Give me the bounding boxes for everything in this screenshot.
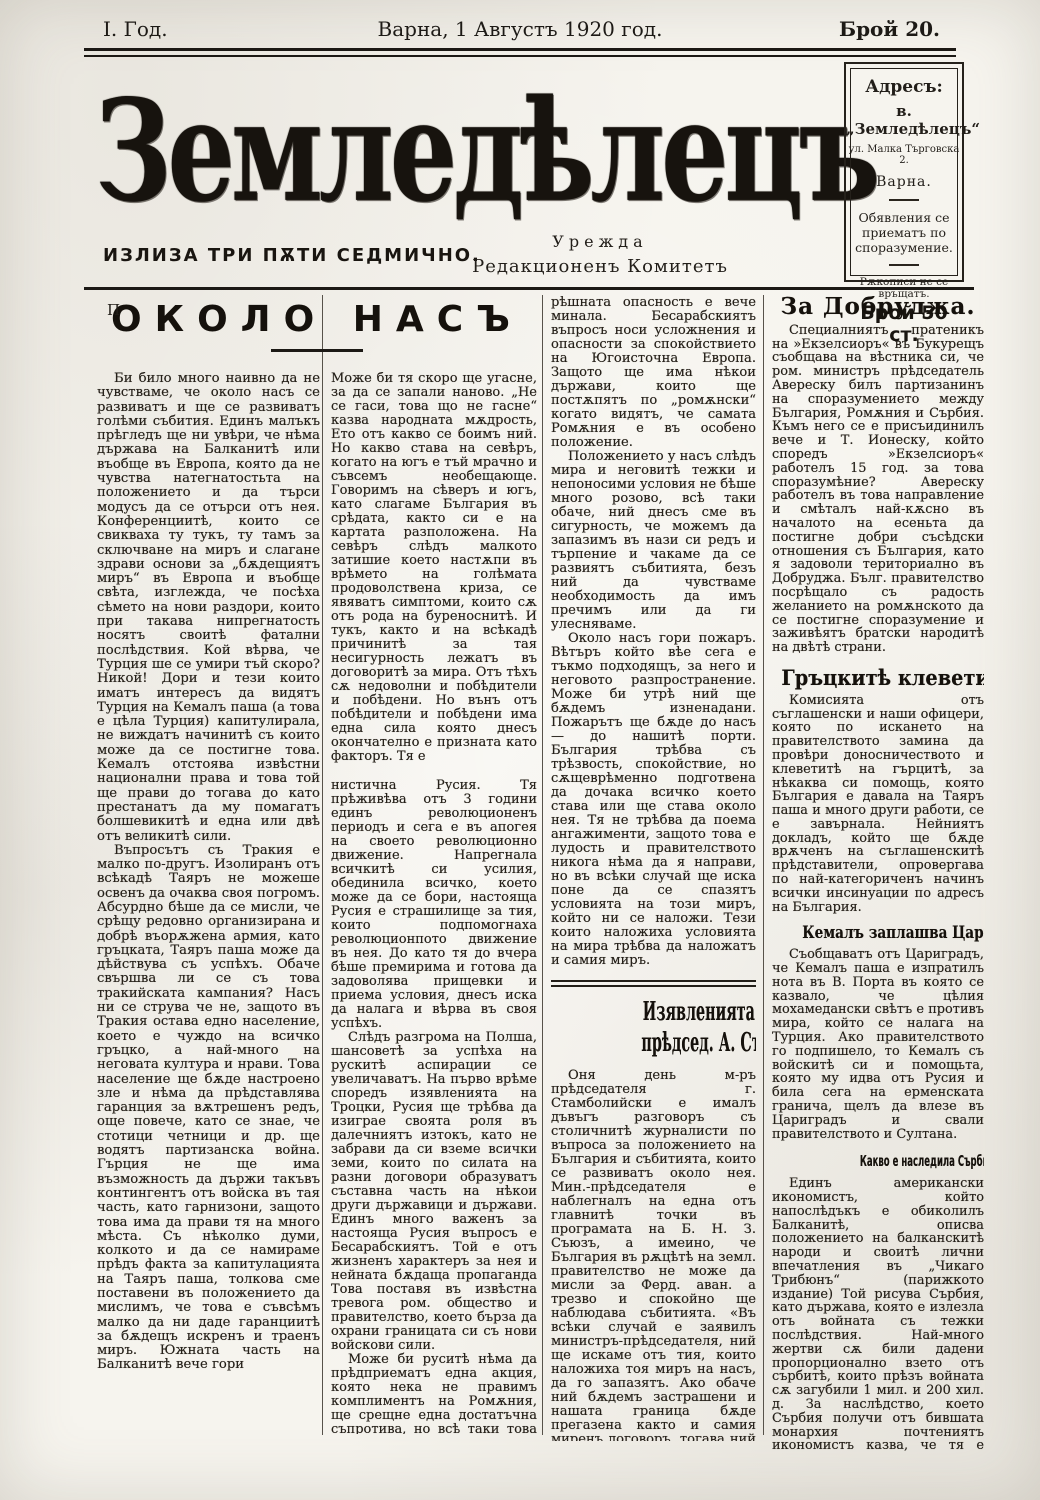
address-box-ads-note: Обявления се приематъ по споразумение. bbox=[854, 210, 954, 255]
column-3: рѣшната опасность е вече минала. Бесараб… bbox=[551, 296, 756, 1441]
gracki-kleveti-paragraph-1: Комисията отъ съглашенски и наши офицери… bbox=[772, 694, 984, 915]
column-rule-1 bbox=[322, 295, 323, 1435]
column-rule-2 bbox=[542, 295, 543, 1435]
okolo-nas-headline-block: П ОКОЛО НАСЪ bbox=[97, 299, 537, 352]
okolo-nas-col3-paragraph-1: рѣшната опасность е вече минала. Бесараб… bbox=[551, 296, 756, 450]
okolo-nas-kicker: П bbox=[107, 301, 120, 319]
gracki-kleveti-headline: Гръцкитѣ клевети. bbox=[772, 671, 984, 685]
stambolijski-headline-line2: прѣдсед. А. Стамболийски bbox=[641, 1028, 756, 1059]
kemal-headline-text: Кемалъ заплашва Цариградъ. bbox=[802, 927, 984, 941]
kemal-paragraph-1: Съобщаватъ отъ Цариградъ, че Кемалъ паша… bbox=[772, 948, 984, 1141]
column-4: За Добруджа. Специалниятъ пратеникъ на »… bbox=[772, 296, 984, 1451]
address-box: Адресъ: в. „Земледѣлецъ“ ул. Малка Търго… bbox=[844, 62, 964, 282]
edited-by-line1: Урежда bbox=[420, 232, 780, 251]
okolo-nas-col3-paragraph-3: Около насъ гори пожаръ. Вѣтъръ който вѣе… bbox=[551, 632, 756, 968]
okolo-nas-col2-paragraph-3: Слѣдъ разгрома на Полша, шансоветѣ за ус… bbox=[331, 1031, 537, 1353]
okolo-nas-headline-rule bbox=[271, 349, 363, 352]
address-box-paper-name: в. „Земледѣлецъ“ bbox=[846, 102, 962, 138]
stambolijski-headline-line1: Изявленията на министръ bbox=[643, 997, 756, 1028]
kemal-headline: Кемалъ заплашва Цариградъ. bbox=[772, 927, 984, 941]
column-rule-3 bbox=[763, 295, 764, 1435]
stambolijski-paragraph-1: Оня день м-ръ прѣдседателя г. Стамболийс… bbox=[551, 1069, 756, 1441]
edited-by-line2: Редакционенъ Комитетъ bbox=[420, 256, 780, 277]
column-1: Би било много наивно да не чувстваме, че… bbox=[97, 372, 320, 1434]
okolo-nas-headline: ОКОЛО НАСЪ bbox=[97, 299, 537, 340]
okolo-nas-col2-paragraph-1: Може би тя скоро ще угасне, за да се зап… bbox=[331, 372, 537, 764]
okolo-nas-col1-paragraph-1: Би било много наивно да не чувстваме, че… bbox=[97, 372, 320, 844]
address-box-city: Варна. bbox=[846, 174, 962, 190]
serbia-headline: Какво е наследила Сърбия отъ Югославия. bbox=[772, 1155, 984, 1169]
dobrudzha-paragraph-1: Специалниятъ пратеникъ на »Екзелсиоръ« в… bbox=[772, 324, 984, 655]
masthead-title: Земледѣлецъ bbox=[95, 58, 840, 254]
okolo-nas-col2-paragraph-2: нистична Русия. Тя прѣживѣва отъ 3 годин… bbox=[331, 779, 537, 1031]
masthead-bottom-rule bbox=[84, 287, 974, 290]
stambolijski-headline: Изявленията на министръ прѣдсед. А. Стам… bbox=[551, 997, 756, 1059]
article-divider bbox=[551, 980, 756, 987]
column-2: Може би тя скоро ще угасне, за да се зап… bbox=[331, 372, 537, 1434]
address-box-title: Адресъ: bbox=[846, 77, 962, 97]
edited-by-block: Урежда Редакционенъ Комитетъ bbox=[420, 232, 780, 277]
newspaper-page: I. Год. Варна, 1 Августъ 1920 год. Брой … bbox=[0, 0, 1040, 1500]
okolo-nas-col3-paragraph-2: Положението у насъ слѣдъ мира и неговитѣ… bbox=[551, 450, 756, 632]
okolo-nas-col1-paragraph-2: Въпросътъ съ Тракия е малко по-другъ. Из… bbox=[97, 844, 320, 1373]
address-box-street: ул. Малка Търговска 2. bbox=[846, 144, 962, 166]
okolo-nas-col2-paragraph-4: Може би руситѣ нѣма да прѣдприематъ една… bbox=[331, 1353, 537, 1434]
serbia-headline-text: Какво е наследила Сърбия отъ Югославия. bbox=[860, 1155, 984, 1169]
dobrudzha-headline: За Добруджа. bbox=[772, 300, 984, 314]
address-box-divider-1 bbox=[889, 199, 919, 201]
address-box-divider-2 bbox=[889, 264, 919, 266]
gracki-kleveti-headline-text: Гръцкитѣ клевети. bbox=[781, 671, 984, 685]
serbia-paragraph-1: Единъ американски икономистъ, който напо… bbox=[772, 1177, 984, 1451]
